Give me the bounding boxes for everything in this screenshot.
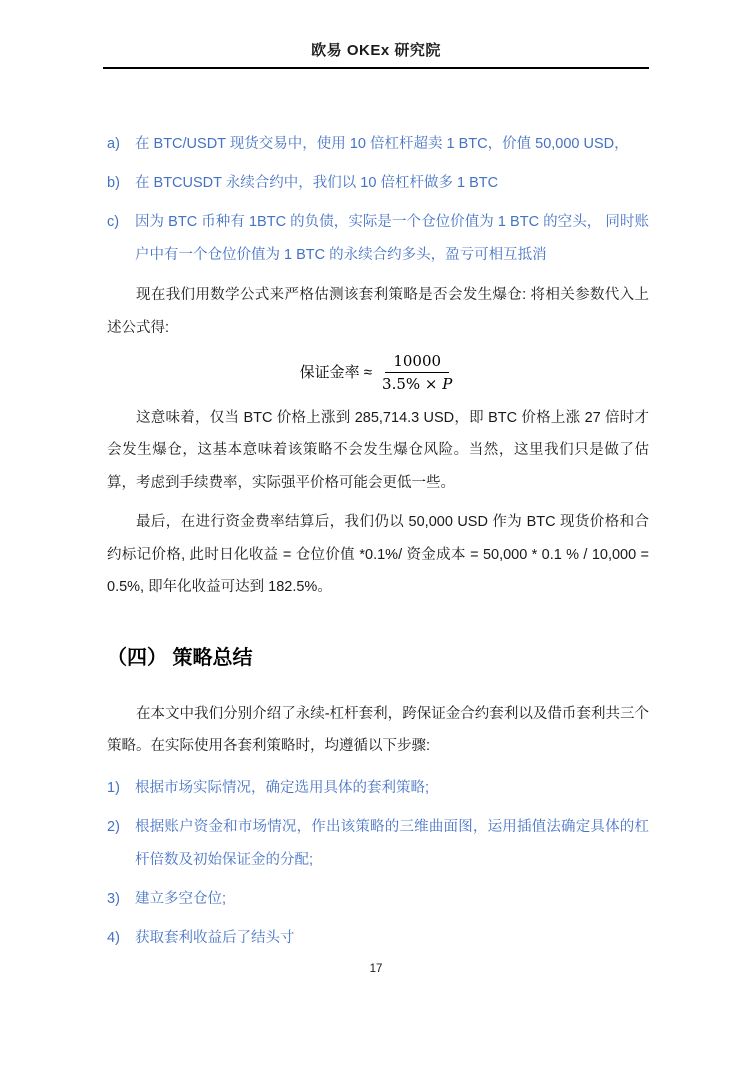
list-item: b) 在 BTCUSDT 永续合约中，我们以 10 倍杠杆做多 1 BTC: [107, 167, 649, 200]
list-item: 1) 根据市场实际情况，确定选用具体的套利策略;: [107, 772, 649, 805]
list-item-text: 在 BTCUSDT 永续合约中，我们以 10 倍杠杆做多 1 BTC: [135, 167, 649, 200]
list-item-text: 获取套利收益后了结头寸: [135, 922, 649, 955]
fraction-numerator: 10000: [385, 351, 449, 373]
list-marker: 1): [107, 772, 135, 805]
list-marker: a): [107, 128, 135, 161]
list-item: 4) 获取套利收益后了结头寸: [107, 922, 649, 955]
list-item-text: 在 BTC/USDT 现货交易中，使用 10 倍杠杆超卖 1 BTC，价值 50…: [135, 128, 649, 161]
list-item-text: 因为 BTC 币种有 1BTC 的负债，实际是一个仓位价值为 1 BTC 的空头…: [135, 206, 649, 272]
list-marker: b): [107, 167, 135, 200]
document-page: 欧易 OKEx 研究院 a) 在 BTC/USDT 现货交易中，使用 10 倍杠…: [0, 0, 752, 1066]
page-number: 17: [0, 963, 752, 975]
list-item: a) 在 BTC/USDT 现货交易中，使用 10 倍杠杆超卖 1 BTC，价值…: [107, 128, 649, 161]
list-marker: 3): [107, 883, 135, 916]
list-item-text: 根据市场实际情况，确定选用具体的套利策略;: [135, 772, 649, 805]
paragraph: 在本文中我们分别介绍了永续-杠杆套利，跨保证金合约套利以及借币套利共三个策略。在…: [107, 698, 649, 763]
numbered-list: 1) 根据市场实际情况，确定选用具体的套利策略; 2) 根据账户资金和市场情况，…: [107, 772, 649, 955]
margin-rate-formula: 保证金率 ≈ 10000 3.5% × P: [107, 351, 649, 395]
header-title: 欧易 OKEx 研究院: [311, 42, 441, 59]
list-item-text: 建立多空仓位;: [135, 883, 649, 916]
list-item: c) 因为 BTC 币种有 1BTC 的负债，实际是一个仓位价值为 1 BTC …: [107, 206, 649, 272]
list-item: 3) 建立多空仓位;: [107, 883, 649, 916]
list-marker: 4): [107, 922, 135, 955]
formula-lhs: 保证金率 ≈: [300, 356, 372, 389]
paragraph: 这意味着，仅当 BTC 价格上涨到 285,714.3 USD，即 BTC 价格…: [107, 402, 649, 500]
paragraph: 最后，在进行资金费率结算后，我们仍以 50,000 USD 作为 BTC 现货价…: [107, 506, 649, 604]
list-item-text: 根据账户资金和市场情况，作出该策略的三维曲面图，运用插值法确定具体的杠杆倍数及初…: [135, 811, 649, 877]
formula-fraction: 10000 3.5% × P: [378, 351, 456, 395]
page-content: a) 在 BTC/USDT 现货交易中，使用 10 倍杠杆超卖 1 BTC，价值…: [107, 128, 649, 961]
denominator-variable: P: [442, 375, 452, 393]
fraction-denominator: 3.5% × P: [378, 373, 456, 394]
denominator-text: 3.5% ×: [382, 375, 442, 393]
list-marker: c): [107, 206, 135, 272]
paragraph: 现在我们用数学公式来严格估测该套利策略是否会发生爆仓: 将相关参数代入上述公式得…: [107, 279, 649, 344]
page-header: 欧易 OKEx 研究院: [103, 41, 649, 69]
list-marker: 2): [107, 811, 135, 877]
list-item: 2) 根据账户资金和市场情况，作出该策略的三维曲面图，运用插值法确定具体的杠杆倍…: [107, 811, 649, 877]
section-heading: （四） 策略总结: [107, 644, 649, 672]
